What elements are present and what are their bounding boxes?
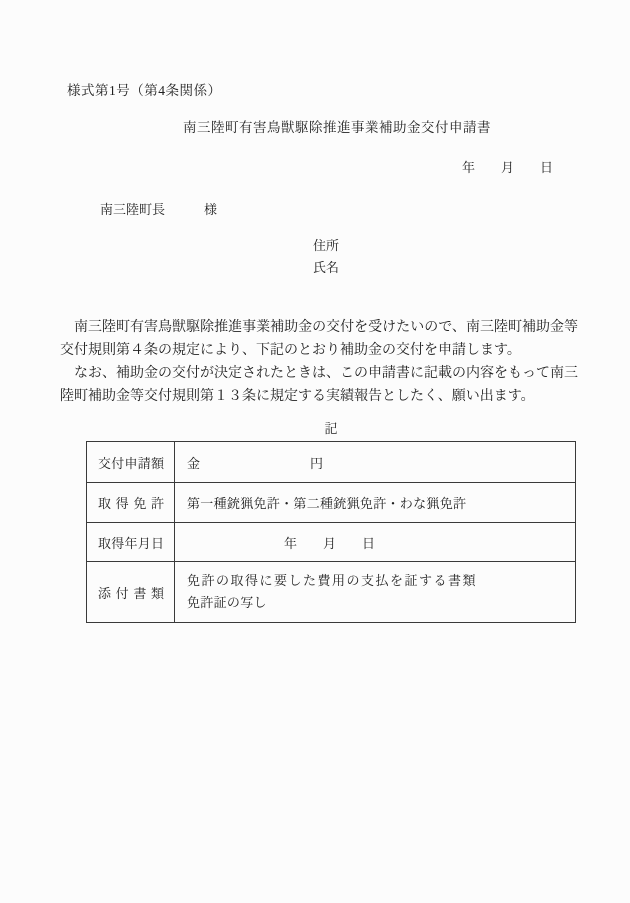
applicant-block: 住所 氏名: [313, 235, 339, 279]
name-label: 氏名: [313, 257, 339, 279]
body-text: 南三陸町有害鳥獣駆除推進事業補助金の交付を受けたいので、南三陸町補助金等交付規則…: [60, 316, 578, 408]
date-line: 年 月 日: [462, 157, 553, 176]
table-row-attachments: 添付書類 免許の取得に要した費用の支払を証する書類 免許証の写し: [87, 561, 575, 622]
body-paragraph-1: 南三陸町有害鳥獣駆除推進事業補助金の交付を受けたいので、南三陸町補助金等交付規則…: [60, 316, 578, 362]
license-value-cell: 第一種銃猟免許・第二種銃猟免許・わな猟免許: [175, 483, 575, 522]
attachment-item-2: 免許証の写し: [187, 592, 267, 614]
addressee-line: 南三陸町長 様: [100, 199, 217, 218]
amount-value-cell: 金 円: [175, 442, 575, 482]
table-row-acquisition-date: 取得年月日 年 月 日: [87, 522, 575, 561]
table-row-license: 取得免許 第一種銃猟免許・第二種銃猟免許・わな猟免許: [87, 482, 575, 522]
acquisition-date-label: 取得年月日: [98, 533, 164, 552]
record-heading: 記: [86, 418, 576, 437]
license-types: 第一種銃猟免許・第二種銃猟免許・わな猟免許: [187, 493, 466, 512]
attachment-item-1: 免許の取得に要した費用の支払を証する書類: [187, 570, 477, 592]
license-label: 取得免許: [98, 493, 164, 512]
acquisition-date-value-cell: 年 月 日: [175, 523, 575, 561]
form-number: 様式第1号（第4条関係）: [67, 79, 222, 99]
document-title: 南三陸町有害鳥獣駆除推進事業補助金交付申請書: [0, 116, 630, 136]
application-table: 交付申請額 金 円 取得免許 第一種銃猟免許・第二種銃猟免許・わな猟免許 取得年…: [86, 441, 576, 623]
body-paragraph-2: なお、補助金の交付が決定されたときは、この申請書に記載の内容をもって南三陸町補助…: [60, 362, 578, 408]
attachments-label-cell: 添付書類: [87, 562, 175, 622]
attachments-value-cell: 免許の取得に要した費用の支払を証する書類 免許証の写し: [175, 562, 575, 622]
acquisition-date-value: 年 月 日: [187, 533, 375, 552]
table-row-amount: 交付申請額 金 円: [87, 442, 575, 482]
document-page: 様式第1号（第4条関係） 南三陸町有害鳥獣駆除推進事業補助金交付申請書 年 月 …: [0, 0, 630, 903]
amount-suffix: 円: [310, 453, 323, 472]
attachments-label: 添付書類: [98, 583, 164, 602]
amount-label: 交付申請額: [98, 453, 164, 472]
acquisition-date-label-cell: 取得年月日: [87, 523, 175, 561]
amount-prefix: 金: [187, 453, 200, 472]
amount-label-cell: 交付申請額: [87, 442, 175, 482]
address-label: 住所: [313, 235, 339, 257]
license-label-cell: 取得免許: [87, 483, 175, 522]
